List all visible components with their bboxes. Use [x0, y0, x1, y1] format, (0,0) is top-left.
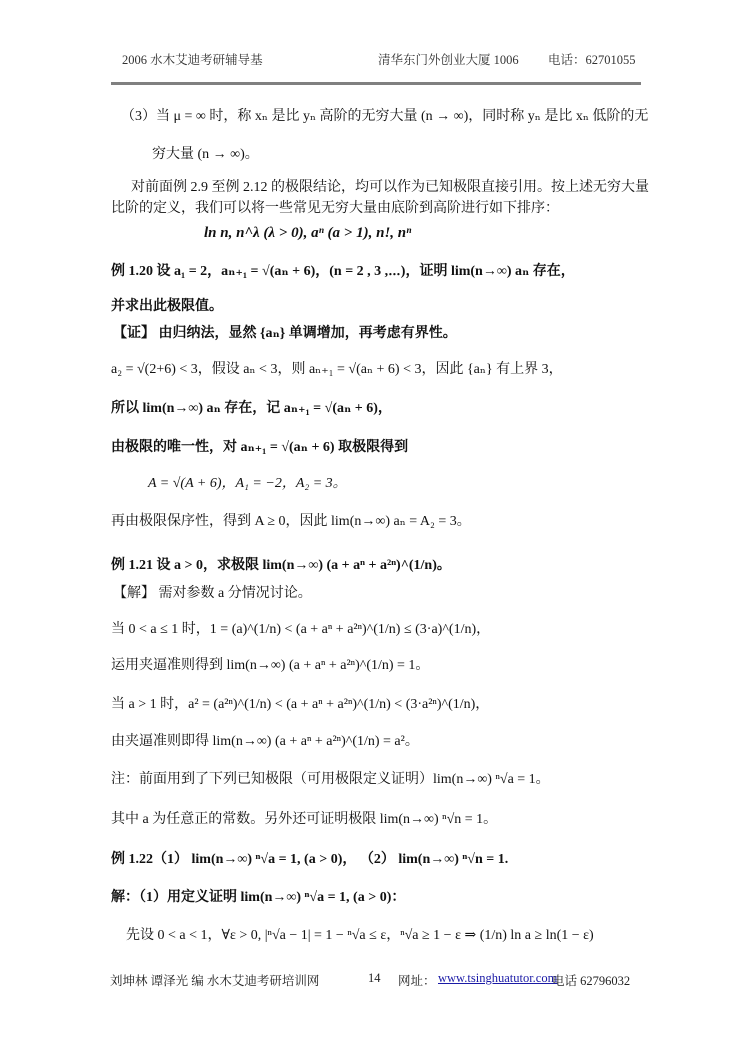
text-line: a₂ = √(2+6) < 3，假设 aₙ < 3，则 aₙ₊₁ = √(aₙ … — [111, 358, 563, 378]
text-line: 由极限的唯一性，对 aₙ₊₁ = √(aₙ + 6) 取极限得到 — [111, 436, 408, 456]
text-line: 并求出此极限值。 — [111, 295, 223, 315]
page-number: 14 — [368, 971, 381, 986]
header-center: 清华东门外创业大厦 1006 — [378, 50, 519, 68]
note-line: 注：前面用到了下列已知极限（可用极限定义证明）lim(n→∞) ⁿ√a = 1。 — [111, 768, 550, 788]
text-line: 比阶的定义，我们可以将一些常见无穷大量由底阶到高阶进行如下排序： — [111, 197, 559, 217]
text-line: 再由极限保序性，得到 A ≥ 0，因此 lim(n→∞) aₙ = A₂ = 3… — [111, 510, 471, 530]
example-1-22: 例 1.22（1） lim(n→∞) ⁿ√a = 1, (a > 0)， （2）… — [111, 848, 508, 868]
text-line: 由夹逼准则即得 lim(n→∞) (a + aⁿ + a²ⁿ)^(1/n) = … — [111, 730, 419, 750]
ordering-formula: ln n, n^λ (λ > 0), aⁿ (a > 1), n!, nⁿ — [204, 225, 411, 242]
example-1-20: 例 1.20 设 a₁ = 2，aₙ₊₁ = √(aₙ + 6)，(n = 2 … — [111, 260, 575, 280]
text-line: （3）当 μ = ∞ 时，称 xₙ 是比 yₙ 高阶的无穷大量 (n → ∞)，… — [121, 105, 648, 125]
text-line: A = √(A + 6)，A₁ = −2，A₂ = 3。 — [148, 472, 347, 492]
text-line: 先设 0 < a < 1，∀ε > 0, |ⁿ√a − 1| = 1 − ⁿ√a… — [126, 924, 594, 944]
footer-authors: 刘坤林 谭泽光 编 水木艾迪考研培训网 — [110, 971, 319, 989]
footer-website-label: 网址： — [398, 971, 436, 989]
solution-heading: 【解】 需对参数 a 分情况讨论。 — [113, 582, 312, 602]
footer-phone: 电话 62796032 — [552, 971, 630, 989]
text-line: 所以 lim(n→∞) aₙ 存在，记 aₙ₊₁ = √(aₙ + 6)， — [111, 397, 392, 417]
text-line: 解：（1）用定义证明 lim(n→∞) ⁿ√a = 1, (a > 0)： — [111, 886, 405, 906]
text-line: 其中 a 为任意正的常数。另外还可证明极限 lim(n→∞) ⁿ√n = 1。 — [111, 808, 497, 828]
header-divider — [111, 82, 641, 85]
text-line: 运用夹逼准则得到 lim(n→∞) (a + aⁿ + a²ⁿ)^(1/n) =… — [111, 654, 429, 674]
footer-website-link[interactable]: www.tsinghuatutor.com — [438, 971, 557, 986]
proof-heading: 【证】 由归纳法，显然 {aₙ} 单调增加，再考虑有界性。 — [113, 322, 457, 342]
text-line: 当 a > 1 时，a² = (a²ⁿ)^(1/n) < (a + aⁿ + a… — [111, 693, 489, 713]
example-1-21: 例 1.21 设 a > 0，求极限 lim(n→∞) (a + aⁿ + a²… — [111, 554, 451, 574]
text-line: 穷大量 (n → ∞)。 — [152, 143, 259, 163]
text-line: 当 0 < a ≤ 1 时，1 = (a)^(1/n) < (a + aⁿ + … — [111, 618, 490, 638]
header-left: 2006 水木艾迪考研辅导基 — [122, 50, 263, 68]
text-line: 对前面例 2.9 至例 2.12 的极限结论，均可以作为已知极限直接引用。按上述… — [131, 176, 649, 196]
header-phone: 电话：62701055 — [548, 50, 636, 68]
